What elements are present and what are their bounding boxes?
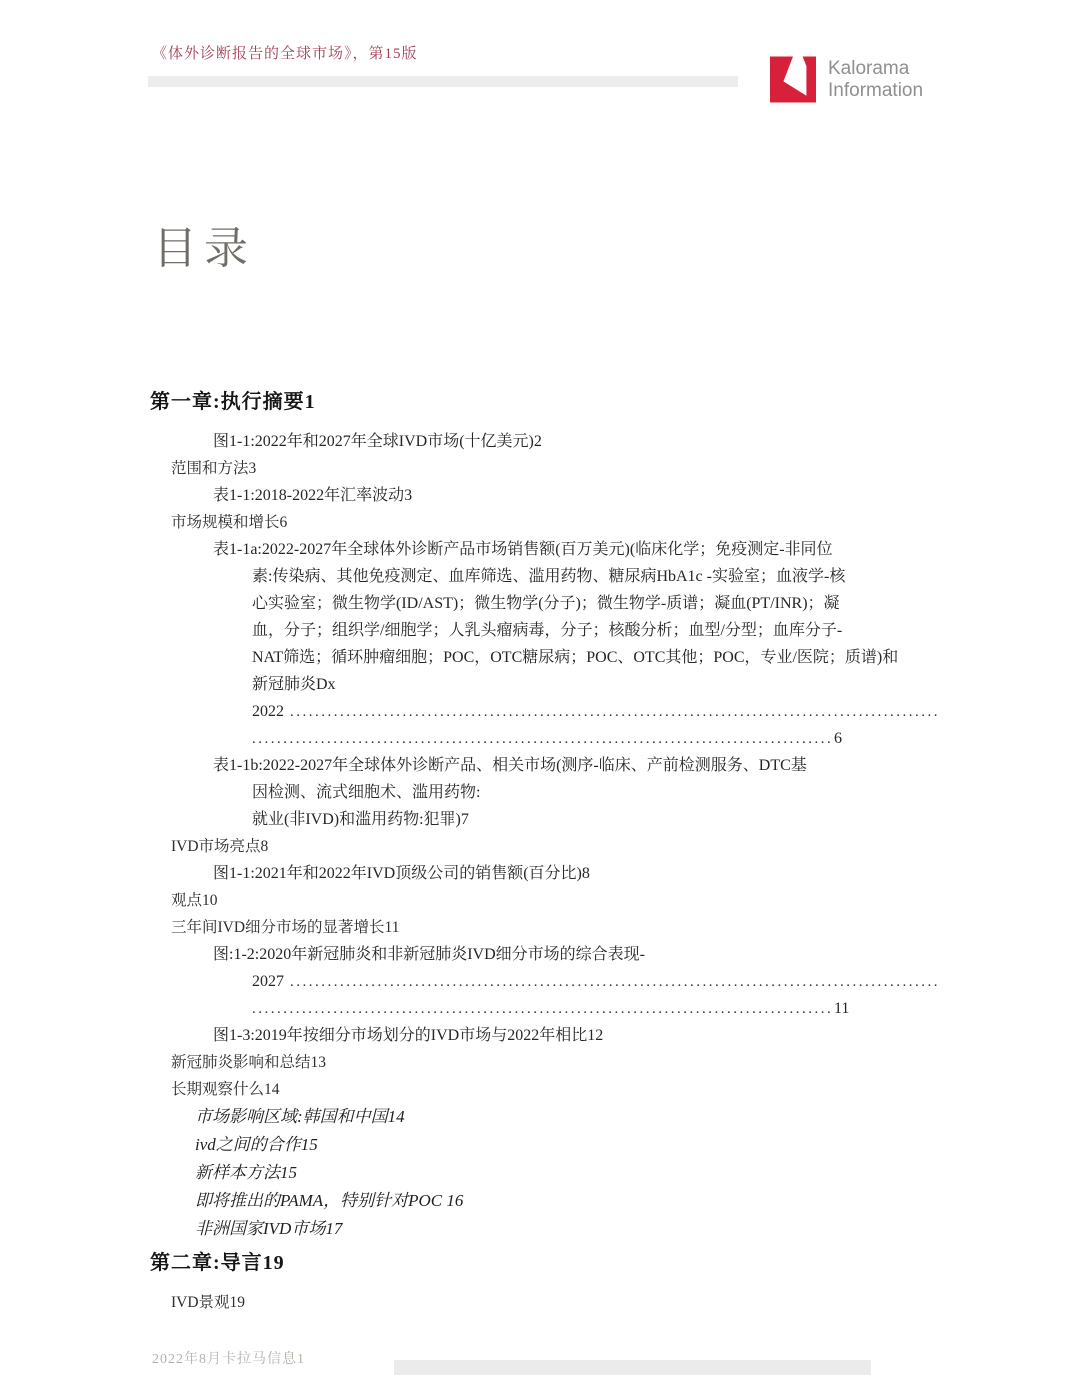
- toc-entry: 因检测、流式细胞术、滥用药物:: [150, 779, 940, 806]
- toc-entry: 市场影响区域:韩国和中国14: [150, 1103, 940, 1131]
- toc-entry: 表1-1b:2022-2027年全球体外诊断产品、相关市场(测序-临床、产前检测…: [150, 752, 940, 779]
- logo-wordmark: Kalorama Information: [828, 56, 923, 102]
- toc-entry: 素:传染病、其他免疫测定、血库筛选、滥用药物、糖尿病HbA1c -实验室；血液学…: [150, 563, 940, 590]
- toc-entry: 非洲国家IVD市场17: [150, 1215, 940, 1243]
- dot-leader: ........................................…: [252, 726, 834, 753]
- toc-entry: 2022....................................…: [150, 698, 940, 725]
- toc-entry: 2027....................................…: [150, 968, 940, 995]
- toc-entry: NAT筛选；循环肿瘤细胞；POC，OTC糖尿病；POC、OTC其他；POC，专业…: [150, 644, 940, 671]
- toc-entry: 长期观察什么14: [150, 1076, 940, 1103]
- dot-leader: ........................................…: [252, 996, 834, 1023]
- toc-entry: 表1-1a:2022-2027年全球体外诊断产品市场销售额(百万美元)(临床化学…: [150, 536, 940, 563]
- header-divider: [148, 76, 738, 87]
- report-title: 《体外诊断报告的全球市场》，第15版: [152, 42, 418, 63]
- toc-entry: 图1-1:2022年和2027年全球IVD市场(十亿美元)2: [150, 428, 940, 455]
- toc-entry: 图:1-2:2020年新冠肺炎和非新冠肺炎IVD细分市场的综合表现-: [150, 941, 940, 968]
- toc-entry: 即将推出的PAMA，特别针对POC 16: [150, 1187, 940, 1215]
- toc-entry: 心实验室；微生物学(ID/AST)；微生物学(分子)；微生物学-质谱；凝血(PT…: [150, 590, 940, 617]
- toc-entry: 图1-1:2021年和2022年IVD顶级公司的销售额(百分比)8: [150, 860, 940, 887]
- toc-entry: 观点10: [150, 887, 940, 914]
- document-page: 《体外诊断报告的全球市场》，第15版 Kalorama Information …: [0, 0, 1080, 1397]
- toc-entry: 新样本方法15: [150, 1159, 940, 1187]
- toc-chapter-heading: 第二章:导言19: [150, 1249, 940, 1277]
- toc-entry: 图1-3:2019年按细分市场划分的IVD市场与2022年相比12: [150, 1022, 940, 1049]
- toc-entry: ........................................…: [150, 995, 940, 1022]
- kalorama-k-icon: [770, 56, 816, 103]
- toc-entry: ivd之间的合作15: [150, 1131, 940, 1159]
- toc-chapter-heading: 第一章:执行摘要1: [150, 388, 940, 416]
- toc-page-number: 6: [834, 725, 842, 752]
- toc-page-number: 11: [834, 995, 849, 1022]
- toc-entry: 三年间IVD细分市场的显著增长11: [150, 914, 940, 941]
- toc-entry: 范围和方法3: [150, 455, 940, 482]
- table-of-contents: 第一章:执行摘要1图1-1:2022年和2027年全球IVD市场(十亿美元)2范…: [150, 382, 940, 1316]
- toc-entry: 就业(非IVD)和滥用药物:犯罪)7: [150, 806, 940, 833]
- dot-leader: ........................................…: [290, 969, 940, 996]
- toc-entry-label: 2027: [252, 968, 284, 995]
- page-title: 目录: [153, 212, 255, 276]
- logo-line2: Information: [828, 80, 923, 102]
- toc-entry: 表1-1:2018-2022年汇率波动3: [150, 482, 940, 509]
- toc-entry: 新冠肺炎影响和总结13: [150, 1049, 940, 1076]
- kalorama-logo: Kalorama Information: [770, 56, 923, 103]
- toc-entry: IVD市场亮点8: [150, 833, 940, 860]
- toc-entry-label: 2022: [252, 698, 284, 725]
- toc-entry: ........................................…: [150, 725, 940, 752]
- logo-line1: Kalorama: [828, 58, 923, 80]
- toc-entry: 市场规模和增长6: [150, 509, 940, 536]
- toc-entry: IVD景观19: [150, 1289, 940, 1316]
- footer-divider: [394, 1360, 871, 1375]
- dot-leader: ........................................…: [290, 699, 940, 726]
- toc-entry: 新冠肺炎Dx: [150, 671, 940, 698]
- footer-text: 2022年8月卡拉马信息1: [152, 1348, 305, 1368]
- toc-entry: 血，分子；组织学/细胞学；人乳头瘤病毒，分子；核酸分析；血型/分型；血库分子-: [150, 617, 940, 644]
